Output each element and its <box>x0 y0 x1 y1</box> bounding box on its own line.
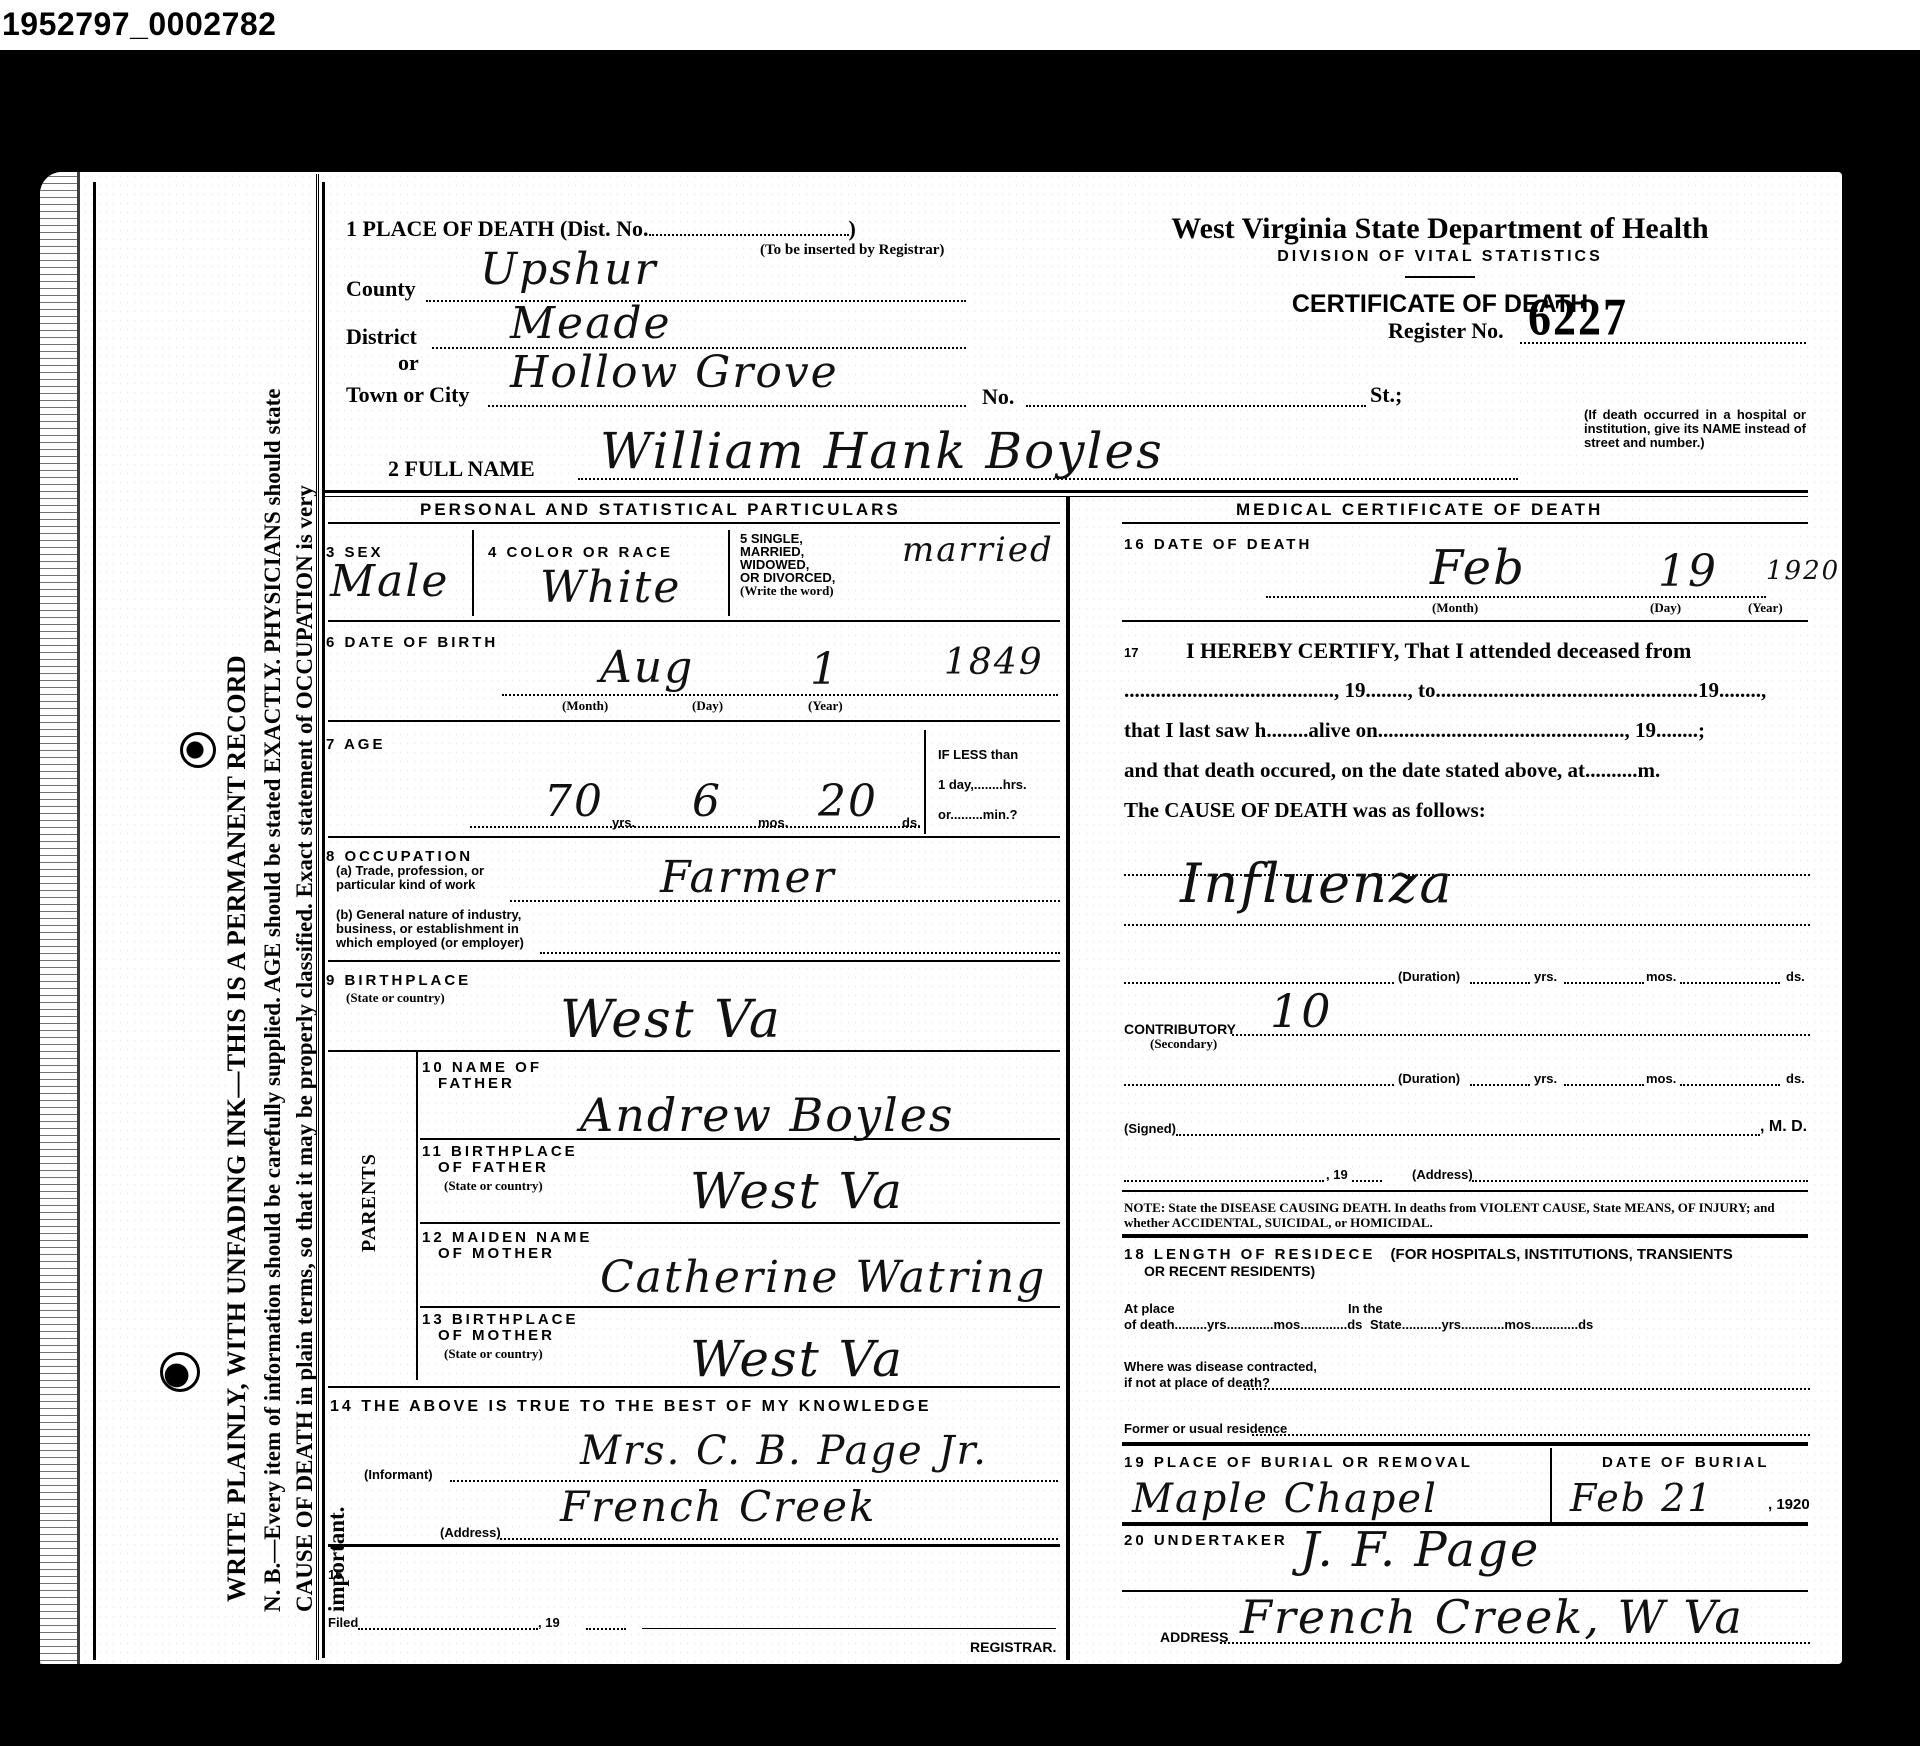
burial-place-value[interactable]: Maple Chapel <box>1132 1476 1438 1522</box>
permanent-record-notice: WRITE PLAINLY, WITH UNFADING INK—THIS IS… <box>222 655 252 1602</box>
certify-line-1: I HEREBY CERTIFY, That I attended deceas… <box>1186 638 1691 664</box>
instruction-line-2: CAUSE OF DEATH in plain terms, so that i… <box>292 485 318 1612</box>
dod-month[interactable]: Feb <box>1430 540 1526 596</box>
district-label: District <box>346 324 417 350</box>
binding-edge <box>40 172 80 1664</box>
age-days[interactable]: 20 <box>818 776 878 827</box>
sidebar-instructions: WRITE PLAINLY, WITH UNFADING INK—THIS IS… <box>102 182 352 1660</box>
mother-maiden-name[interactable]: Catherine Watring <box>600 1252 1046 1303</box>
document-header-bar: 1952797_0002782 <box>0 0 1920 50</box>
marital-value[interactable]: married <box>902 530 1054 570</box>
informant-name[interactable]: Mrs. C. B. Page Jr. <box>580 1428 988 1474</box>
dod-day[interactable]: 19 <box>1658 546 1718 597</box>
md-label: , M. D. <box>1760 1120 1807 1134</box>
cause-of-death-label: The CAUSE OF DEATH was as follows: <box>1124 798 1486 823</box>
punch-hole-icon <box>180 732 216 768</box>
undertaker-name[interactable]: J. F. Page <box>1300 1522 1540 1578</box>
instruction-line-1: N. B.—Every item of information should b… <box>260 389 286 1612</box>
county-value[interactable]: Upshur <box>480 244 658 295</box>
title-block: West Virginia State Department of Health… <box>1120 212 1760 319</box>
contributory-value[interactable]: 10 <box>1270 984 1333 1038</box>
mother-birthplace[interactable]: West Va <box>690 1330 904 1388</box>
age-months[interactable]: 6 <box>692 776 722 827</box>
occupation-value[interactable]: Farmer <box>660 852 836 903</box>
document-id: 1952797_0002782 <box>2 6 276 43</box>
age-years[interactable]: 70 <box>544 776 604 827</box>
burial-date-value[interactable]: Feb 21 <box>1570 1476 1714 1520</box>
registrar-label: REGISTRAR. <box>970 1640 1056 1654</box>
race-value[interactable]: White <box>540 562 681 613</box>
division-name: DIVISION OF VITAL STATISTICS <box>1120 248 1760 266</box>
agency-name: West Virginia State Department of Health <box>1120 212 1760 246</box>
place-of-death-label: 1 PLACE OF DEATH (Dist. No.) <box>346 216 856 242</box>
note-text: NOTE: State the DISEASE CAUSING DEATH. I… <box>1124 1200 1812 1230</box>
full-name-value[interactable]: William Hank Boyles <box>600 422 1164 480</box>
contributory-label: CONTRIBUTORY <box>1124 1022 1236 1036</box>
town-value[interactable]: Hollow Grove <box>510 347 839 398</box>
full-name-label: 2 FULL NAME <box>388 456 535 482</box>
informant-address[interactable]: French Creek <box>560 1482 876 1531</box>
father-birthplace[interactable]: West Va <box>690 1162 904 1220</box>
dob-year[interactable]: 1849 <box>944 642 1044 683</box>
dob-month[interactable]: Aug <box>600 642 694 693</box>
register-number: 6227 <box>1528 286 1628 347</box>
certificate-title: CERTIFICATE OF DEATH <box>1120 290 1760 319</box>
marital-label: 5 SINGLE,MARRIED,WIDOWED,OR DIVORCED,(Wr… <box>740 532 835 597</box>
parents-label: PARENTS <box>358 1153 381 1252</box>
informant-title: 14 THE ABOVE IS TRUE TO THE BEST OF MY K… <box>330 1398 932 1416</box>
birthplace-value[interactable]: West Va <box>560 990 782 1050</box>
cause-of-death-value[interactable]: Influenza <box>1180 852 1454 915</box>
undertaker-address[interactable]: French Creek, W Va <box>1240 1590 1744 1644</box>
dob-day[interactable]: 1 <box>810 644 840 695</box>
personal-section-title: PERSONAL AND STATISTICAL PARTICULARS <box>420 500 901 520</box>
if-less-than-day: IF LESS than1 day,........hrs.or........… <box>938 740 1027 830</box>
punch-hole-icon <box>160 1352 200 1392</box>
register-label: Register No. <box>1388 318 1504 344</box>
town-label: Town or City <box>346 382 469 408</box>
father-name[interactable]: Andrew Boyles <box>580 1088 955 1142</box>
dod-year[interactable]: 1920 <box>1766 556 1840 586</box>
registrar-note: (To be inserted by Registrar) <box>760 242 944 259</box>
county-label: County <box>346 276 416 302</box>
district-value[interactable]: Meade <box>510 298 672 349</box>
death-certificate: WRITE PLAINLY, WITH UNFADING INK—THIS IS… <box>40 172 1842 1664</box>
medical-section-title: MEDICAL CERTIFICATE OF DEATH <box>1236 500 1603 520</box>
hospital-note: (If death occurred in a hospital or inst… <box>1584 408 1806 450</box>
sex-value[interactable]: Male <box>330 556 449 607</box>
